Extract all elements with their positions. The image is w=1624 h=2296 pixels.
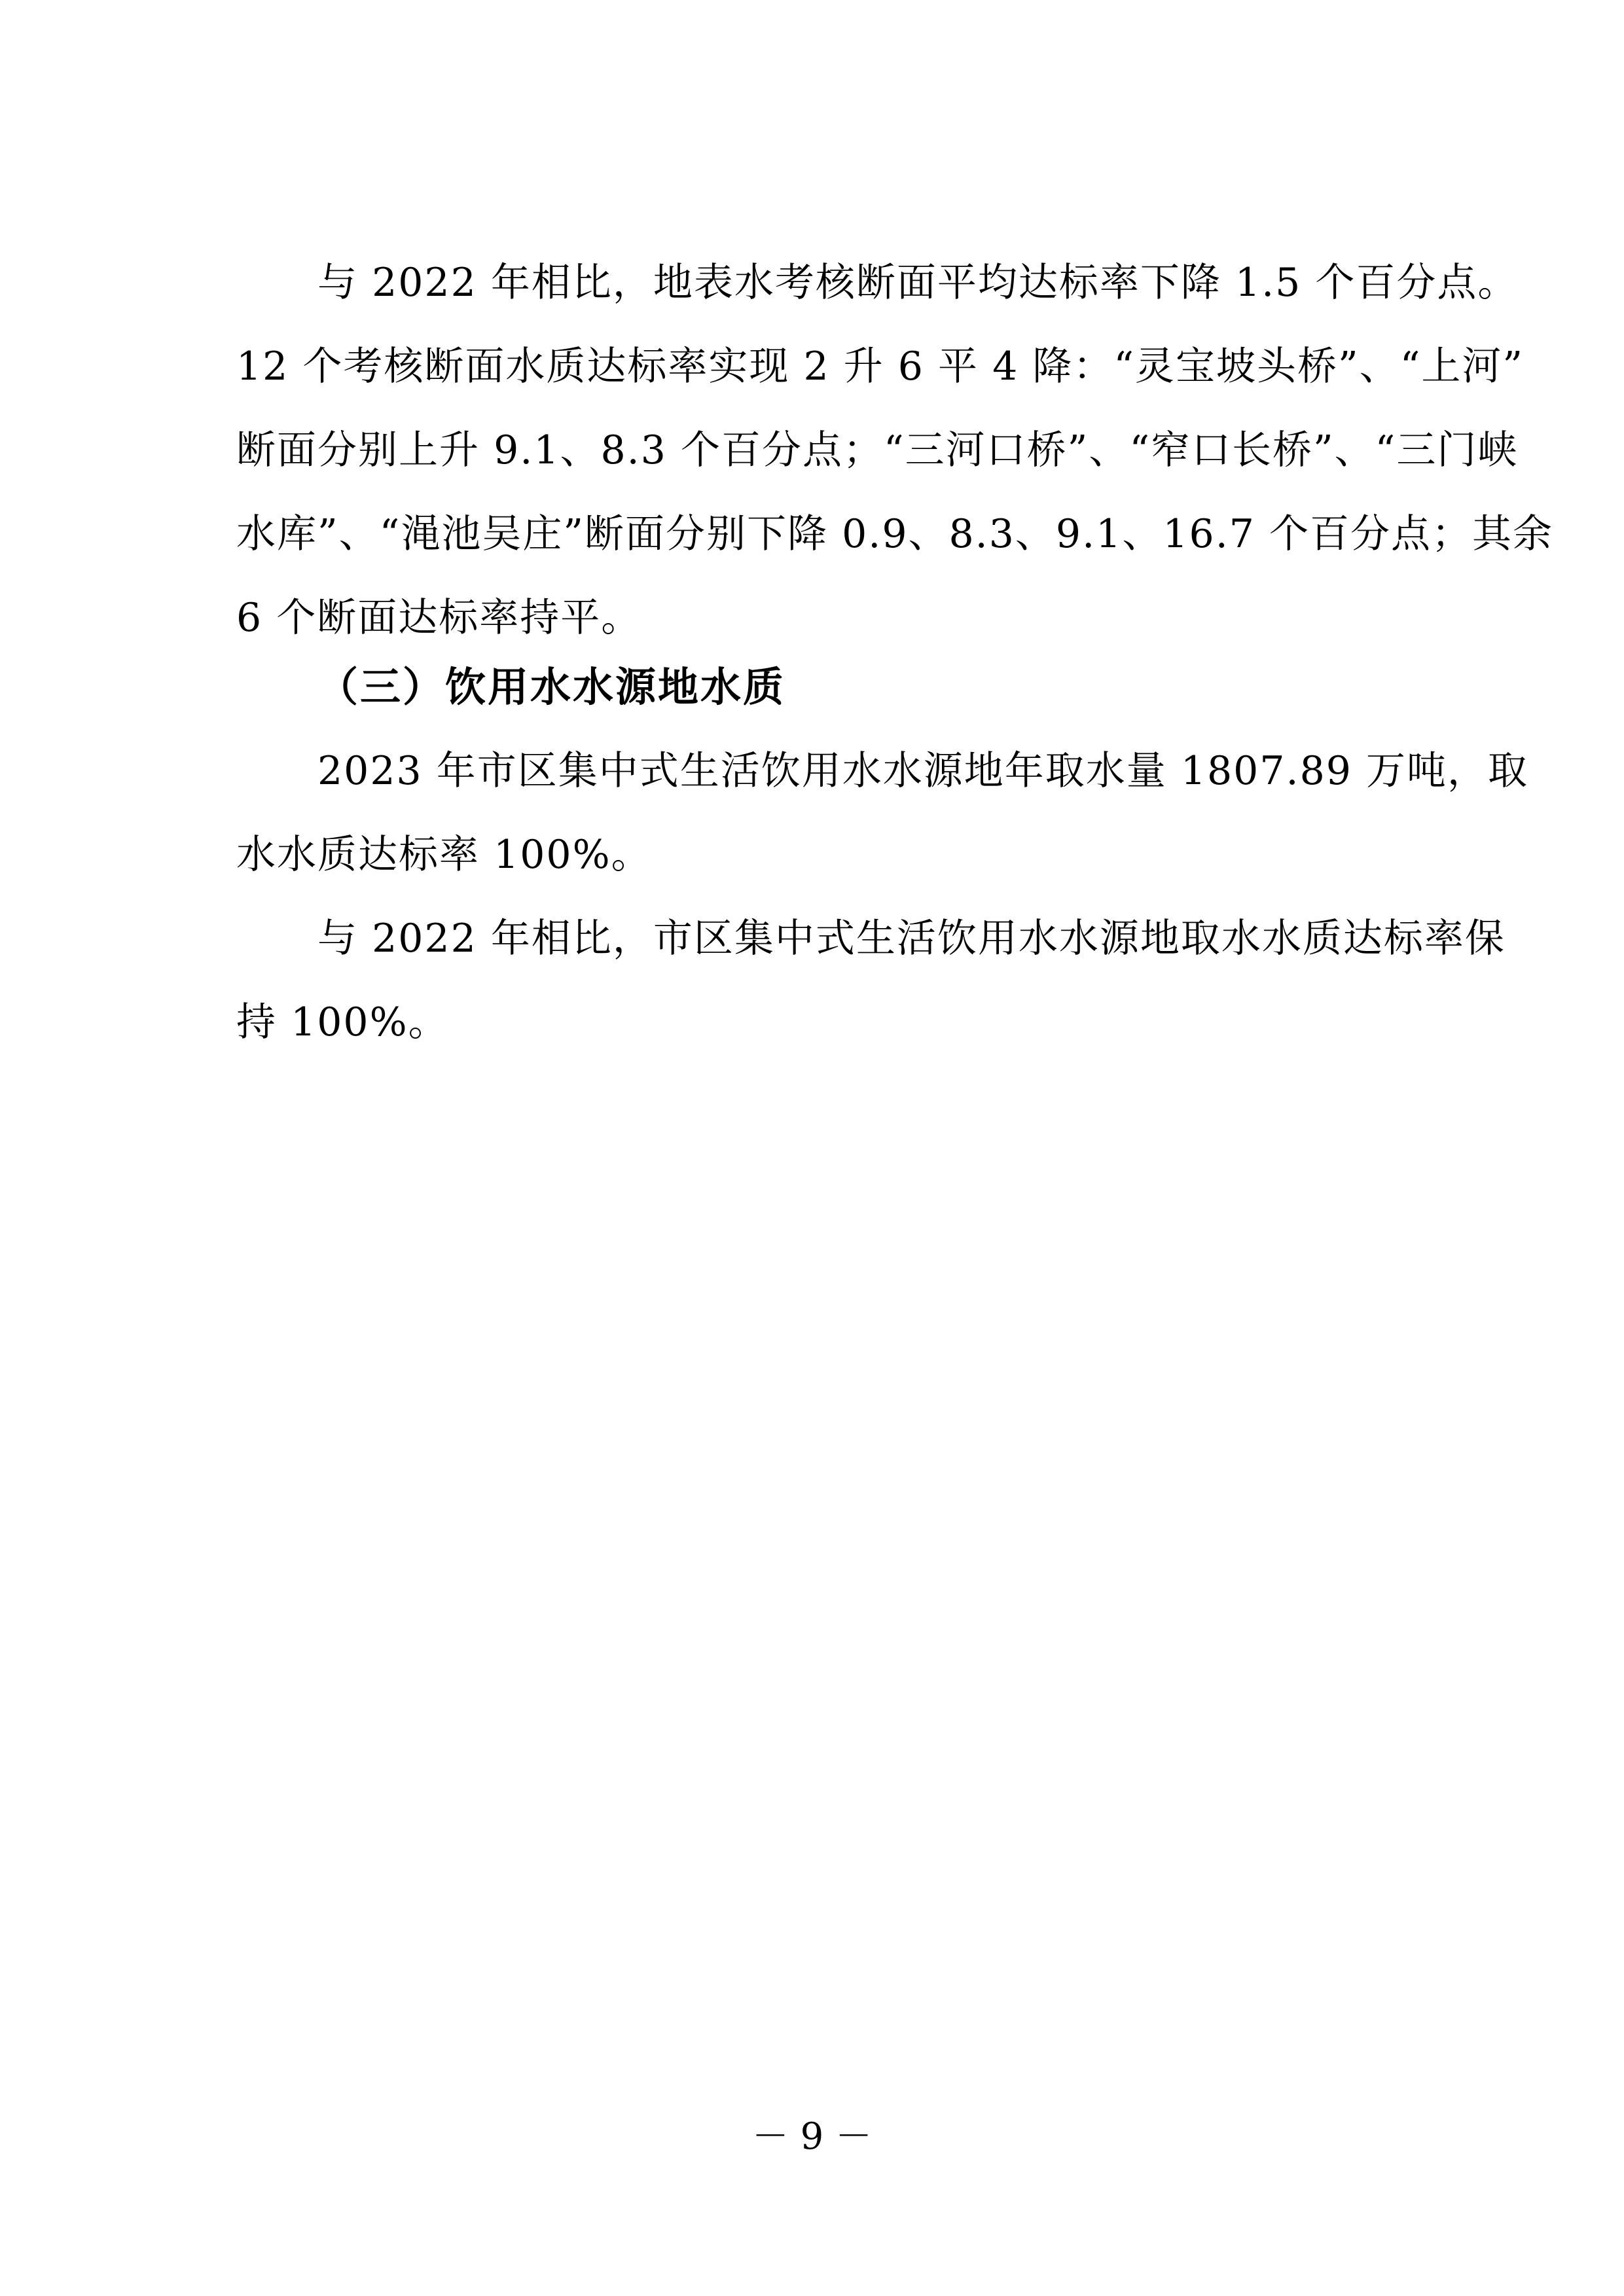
paragraph-line: 持 100%。 xyxy=(236,996,449,1049)
paragraph-line: 6 个断面达标率持平。 xyxy=(236,592,641,644)
page-number: － 9 － xyxy=(0,2111,1624,2163)
paragraph-line: 断面分别上升 9.1、8.3 个百分点；“三河口桥”、“窄口长桥”、“三门峡 xyxy=(236,424,1396,476)
paragraph-line: 12 个考核断面水质达标率实现 2 升 6 平 4 降：“灵宝坡头桥”、“上河” xyxy=(236,340,1396,393)
paragraph-line: 与 2022 年相比，地表水考核断面平均达标率下降 1.5 个百分点。 xyxy=(236,257,1396,309)
paragraph-line: 水水质达标率 100%。 xyxy=(236,829,652,881)
paragraph-line: 水库”、“渑池吴庄”断面分别下降 0.9、8.3、9.1、16.7 个百分点；其… xyxy=(236,508,1396,560)
section-heading: （三）饮用水水源地水质 xyxy=(317,661,785,713)
paragraph-line: 2023 年市区集中式生活饮用水水源地年取水量 1807.89 万吨，取 xyxy=(236,745,1396,797)
paragraph-line: 与 2022 年相比，市区集中式生活饮用水水源地取水水质达标率保 xyxy=(236,912,1396,965)
